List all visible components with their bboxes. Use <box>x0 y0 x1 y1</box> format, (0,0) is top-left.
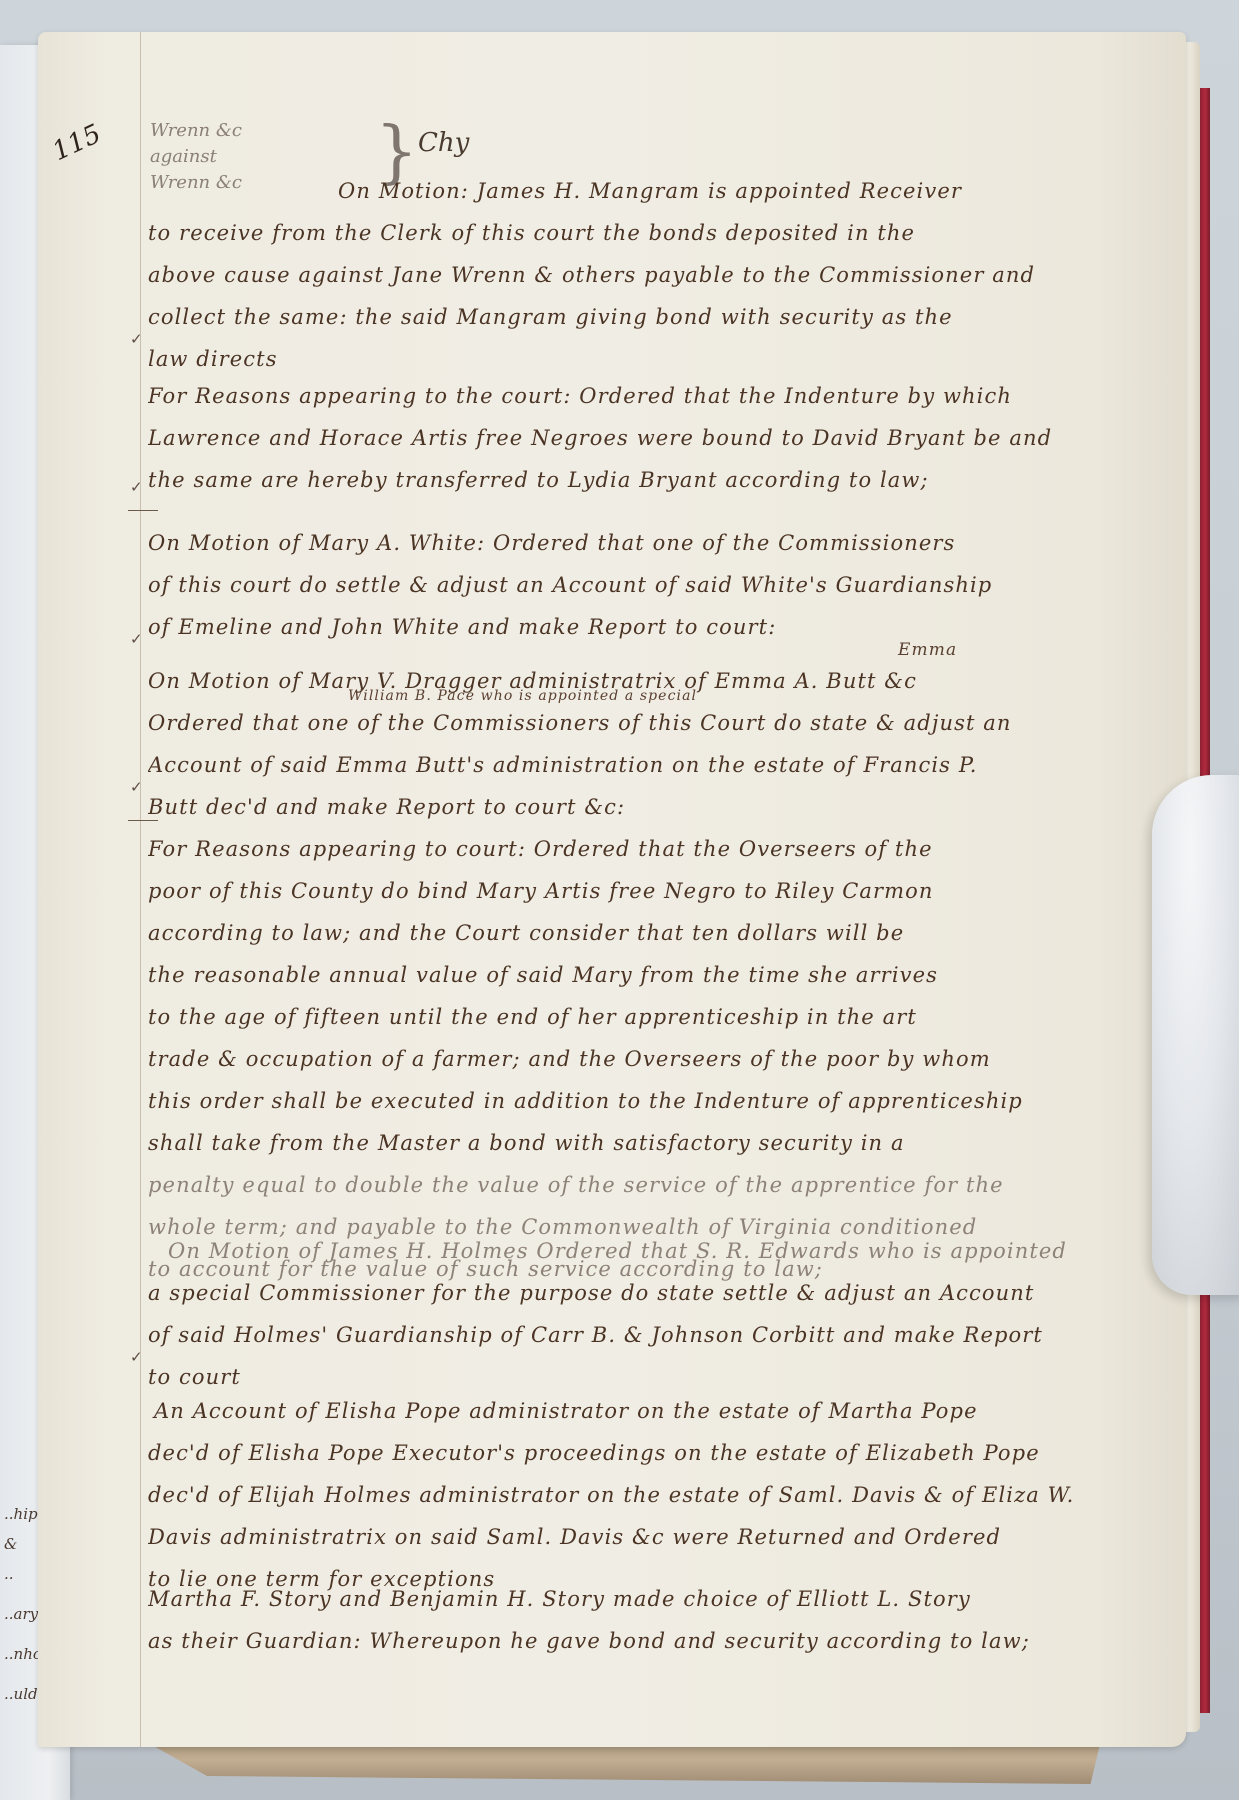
caption-line: against <box>150 144 242 170</box>
entry-line: Lawrence and Horace Artis free Negroes w… <box>148 417 1166 459</box>
entry-line: of Emeline and John White and make Repor… <box>148 606 1166 648</box>
left-page-fragment: .. <box>4 1565 14 1583</box>
margin-check-icon: ✓ <box>130 478 143 496</box>
entry-line: On Motion: James H. Mangram is appointed… <box>148 170 1166 212</box>
order-entry: Emma William B. Pace who is appointed a … <box>148 660 1166 828</box>
entry-line: Davis administratrix on said Saml. Davis… <box>148 1516 1166 1558</box>
left-page-fragment: ..ary <box>4 1605 38 1623</box>
entry-line: dec'd of Elijah Holmes administrator on … <box>148 1474 1166 1516</box>
entry-line: On Motion of James H. Holmes Ordered tha… <box>148 1230 1166 1272</box>
entry-line: to receive from the Clerk of this court … <box>148 212 1166 254</box>
order-entry: Martha F. Story and Benjamin H. Story ma… <box>148 1578 1166 1662</box>
left-page-fragment: ..uld <box>4 1685 38 1703</box>
entry-line: Ordered that one of the Commissioners of… <box>148 702 1166 744</box>
left-page-fragment: ..hip <box>4 1505 38 1523</box>
entry-line: trade & occupation of a farmer; and the … <box>148 1038 1166 1080</box>
entry-line: penalty equal to double the value of the… <box>148 1164 1166 1206</box>
entry-line: a special Commissioner for the purpose d… <box>148 1272 1166 1314</box>
margin-dash <box>128 510 158 511</box>
order-entry: On Motion: James H. Mangram is appointed… <box>148 170 1166 380</box>
entry-line: For Reasons appearing to court: Ordered … <box>148 828 1166 870</box>
entry-line: dec'd of Elisha Pope Executor's proceedi… <box>148 1432 1166 1474</box>
entry-line: Account of said Emma Butt's administrati… <box>148 744 1166 786</box>
entry-line: above cause against Jane Wrenn & others … <box>148 254 1166 296</box>
left-page-fragment: & <box>4 1535 17 1553</box>
entry-line: according to law; and the Court consider… <box>148 912 1166 954</box>
order-entry: For Reasons appearing to the court: Orde… <box>148 375 1166 501</box>
entry-line: the reasonable annual value of said Mary… <box>148 954 1166 996</box>
margin-check-icon: ✓ <box>130 778 143 796</box>
entry-line: as their Guardian: Whereupon he gave bon… <box>148 1620 1166 1662</box>
margin-check-icon: ✓ <box>130 330 143 348</box>
entry-line: law directs <box>148 338 1166 380</box>
entry-line: Martha F. Story and Benjamin H. Story ma… <box>148 1578 1166 1620</box>
margin-dash <box>128 820 158 821</box>
entry-line: On Motion of Mary A. White: Ordered that… <box>148 522 1166 564</box>
entry-line: poor of this County do bind Mary Artis f… <box>148 870 1166 912</box>
entry-line: the same are hereby transferred to Lydia… <box>148 459 1166 501</box>
court-abbreviation: Chy <box>418 128 469 158</box>
order-entry: On Motion of Mary A. White: Ordered that… <box>148 522 1166 648</box>
entry-line: collect the same: the said Mangram givin… <box>148 296 1166 338</box>
entry-line: shall take from the Master a bond with s… <box>148 1122 1166 1164</box>
interlineation: William B. Pace who is appointed a speci… <box>348 688 697 704</box>
entry-line: this order shall be executed in addition… <box>148 1080 1166 1122</box>
caption-line: Wrenn &c <box>150 118 242 144</box>
gloved-hand <box>1152 775 1239 1295</box>
interlineation: Emma <box>898 640 957 660</box>
order-entry: An Account of Elisha Pope administrator … <box>148 1390 1166 1600</box>
margin-rule <box>140 32 141 1747</box>
margin-check-icon: ✓ <box>130 1348 143 1366</box>
margin-check-icon: ✓ <box>130 630 143 648</box>
entry-line: of said Holmes' Guardianship of Carr B. … <box>148 1314 1166 1356</box>
entry-line: to the age of fifteen until the end of h… <box>148 996 1166 1038</box>
entry-line: Butt dec'd and make Report to court &c: <box>148 786 1166 828</box>
entry-line: of this court do settle & adjust an Acco… <box>148 564 1166 606</box>
order-entry: On Motion of James H. Holmes Ordered tha… <box>148 1230 1166 1398</box>
entry-line: For Reasons appearing to the court: Orde… <box>148 375 1166 417</box>
order-entry: For Reasons appearing to court: Ordered … <box>148 828 1166 1290</box>
entry-line: An Account of Elisha Pope administrator … <box>148 1390 1166 1432</box>
